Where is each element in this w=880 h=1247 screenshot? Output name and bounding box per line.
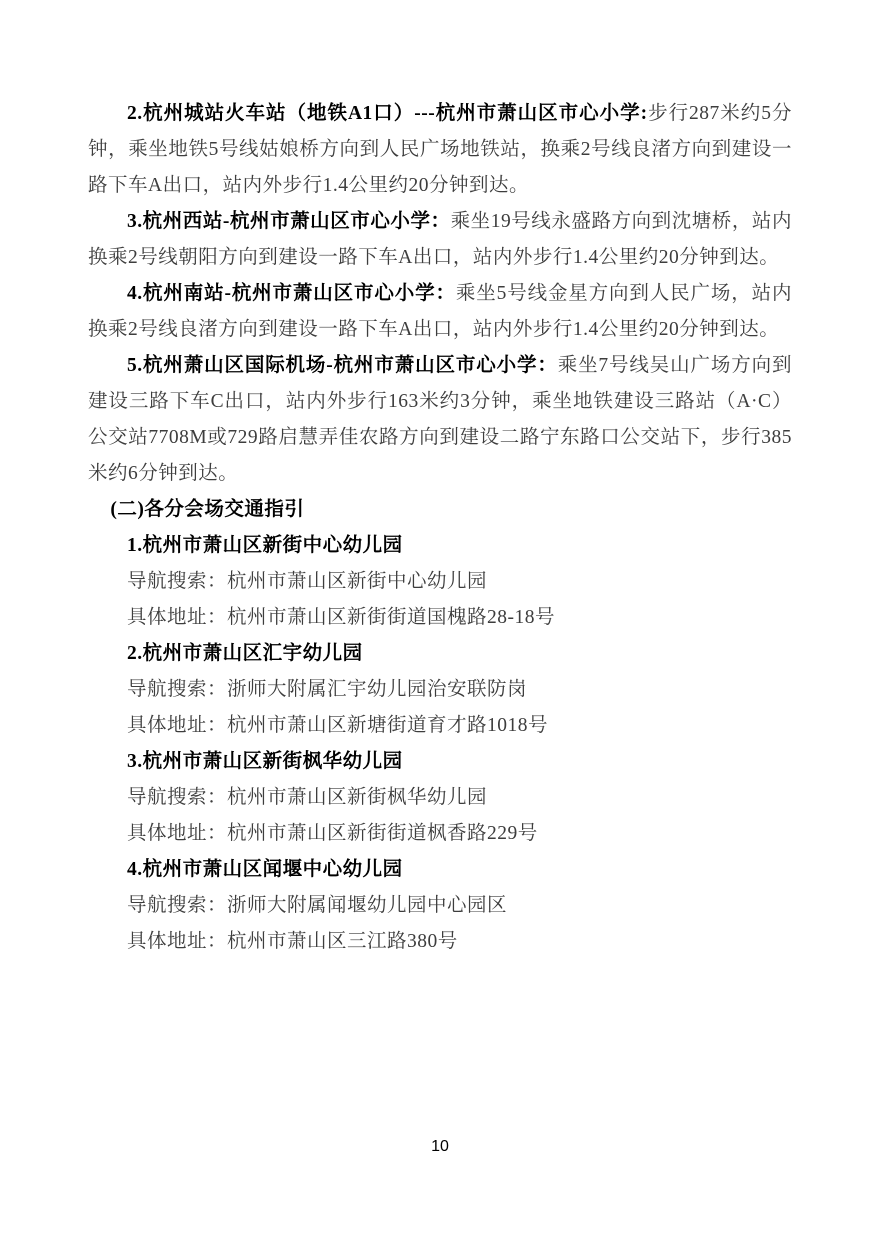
document-page: 2.杭州城站火车站（地铁A1口）---杭州市萧山区市心小学:步行287米约5分钟…	[0, 0, 880, 1247]
venue-address: 具体地址：杭州市萧山区新街街道国槐路28-18号	[88, 600, 792, 636]
route-title: 5.杭州萧山区国际机场-杭州市萧山区市心小学：	[127, 355, 558, 376]
venue-nav-search: 导航搜索：杭州市萧山区新街枫华幼儿园	[88, 780, 792, 816]
route-paragraph-west-station: 3.杭州西站-杭州市萧山区市心小学：乘坐19号线永盛路方向到沈塘桥，站内换乘2号…	[88, 204, 792, 276]
venue-nav-search: 导航搜索：杭州市萧山区新街中心幼儿园	[88, 564, 792, 600]
route-paragraph-city-station: 2.杭州城站火车站（地铁A1口）---杭州市萧山区市心小学:步行287米约5分钟…	[88, 96, 792, 204]
route-paragraph-airport: 5.杭州萧山区国际机场-杭州市萧山区市心小学：乘坐7号线吴山广场方向到建设三路下…	[88, 348, 792, 492]
route-title: 3.杭州西站-杭州市萧山区市心小学：	[127, 211, 451, 232]
venue-nav-search: 导航搜索：浙师大附属闻堰幼儿园中心园区	[88, 888, 792, 924]
route-paragraph-south-station: 4.杭州南站-杭州市萧山区市心小学：乘坐5号线金星方向到人民广场，站内换乘2号线…	[88, 276, 792, 348]
venue-address: 具体地址：杭州市萧山区新街街道枫香路229号	[88, 816, 792, 852]
route-title: 4.杭州南站-杭州市萧山区市心小学：	[127, 283, 456, 304]
route-title: 2.杭州城站火车站（地铁A1口）---杭州市萧山区市心小学:	[127, 103, 648, 124]
venue-address: 具体地址：杭州市萧山区新塘街道育才路1018号	[88, 708, 792, 744]
venue-name-wenyan: 4.杭州市萧山区闻堰中心幼儿园	[88, 852, 792, 888]
venue-name-huiyu: 2.杭州市萧山区汇宇幼儿园	[88, 636, 792, 672]
venue-address: 具体地址：杭州市萧山区三江路380号	[88, 924, 792, 960]
venue-nav-search: 导航搜索：浙师大附属汇宇幼儿园治安联防岗	[88, 672, 792, 708]
page-number: 10	[0, 1138, 880, 1156]
venue-name-fenghua: 3.杭州市萧山区新街枫华幼儿园	[88, 744, 792, 780]
section-heading-branch-venues: (二)各分会场交通指引	[88, 492, 792, 528]
document-content: 2.杭州城站火车站（地铁A1口）---杭州市萧山区市心小学:步行287米约5分钟…	[88, 96, 792, 960]
venue-name-xinjie-central: 1.杭州市萧山区新街中心幼儿园	[88, 528, 792, 564]
